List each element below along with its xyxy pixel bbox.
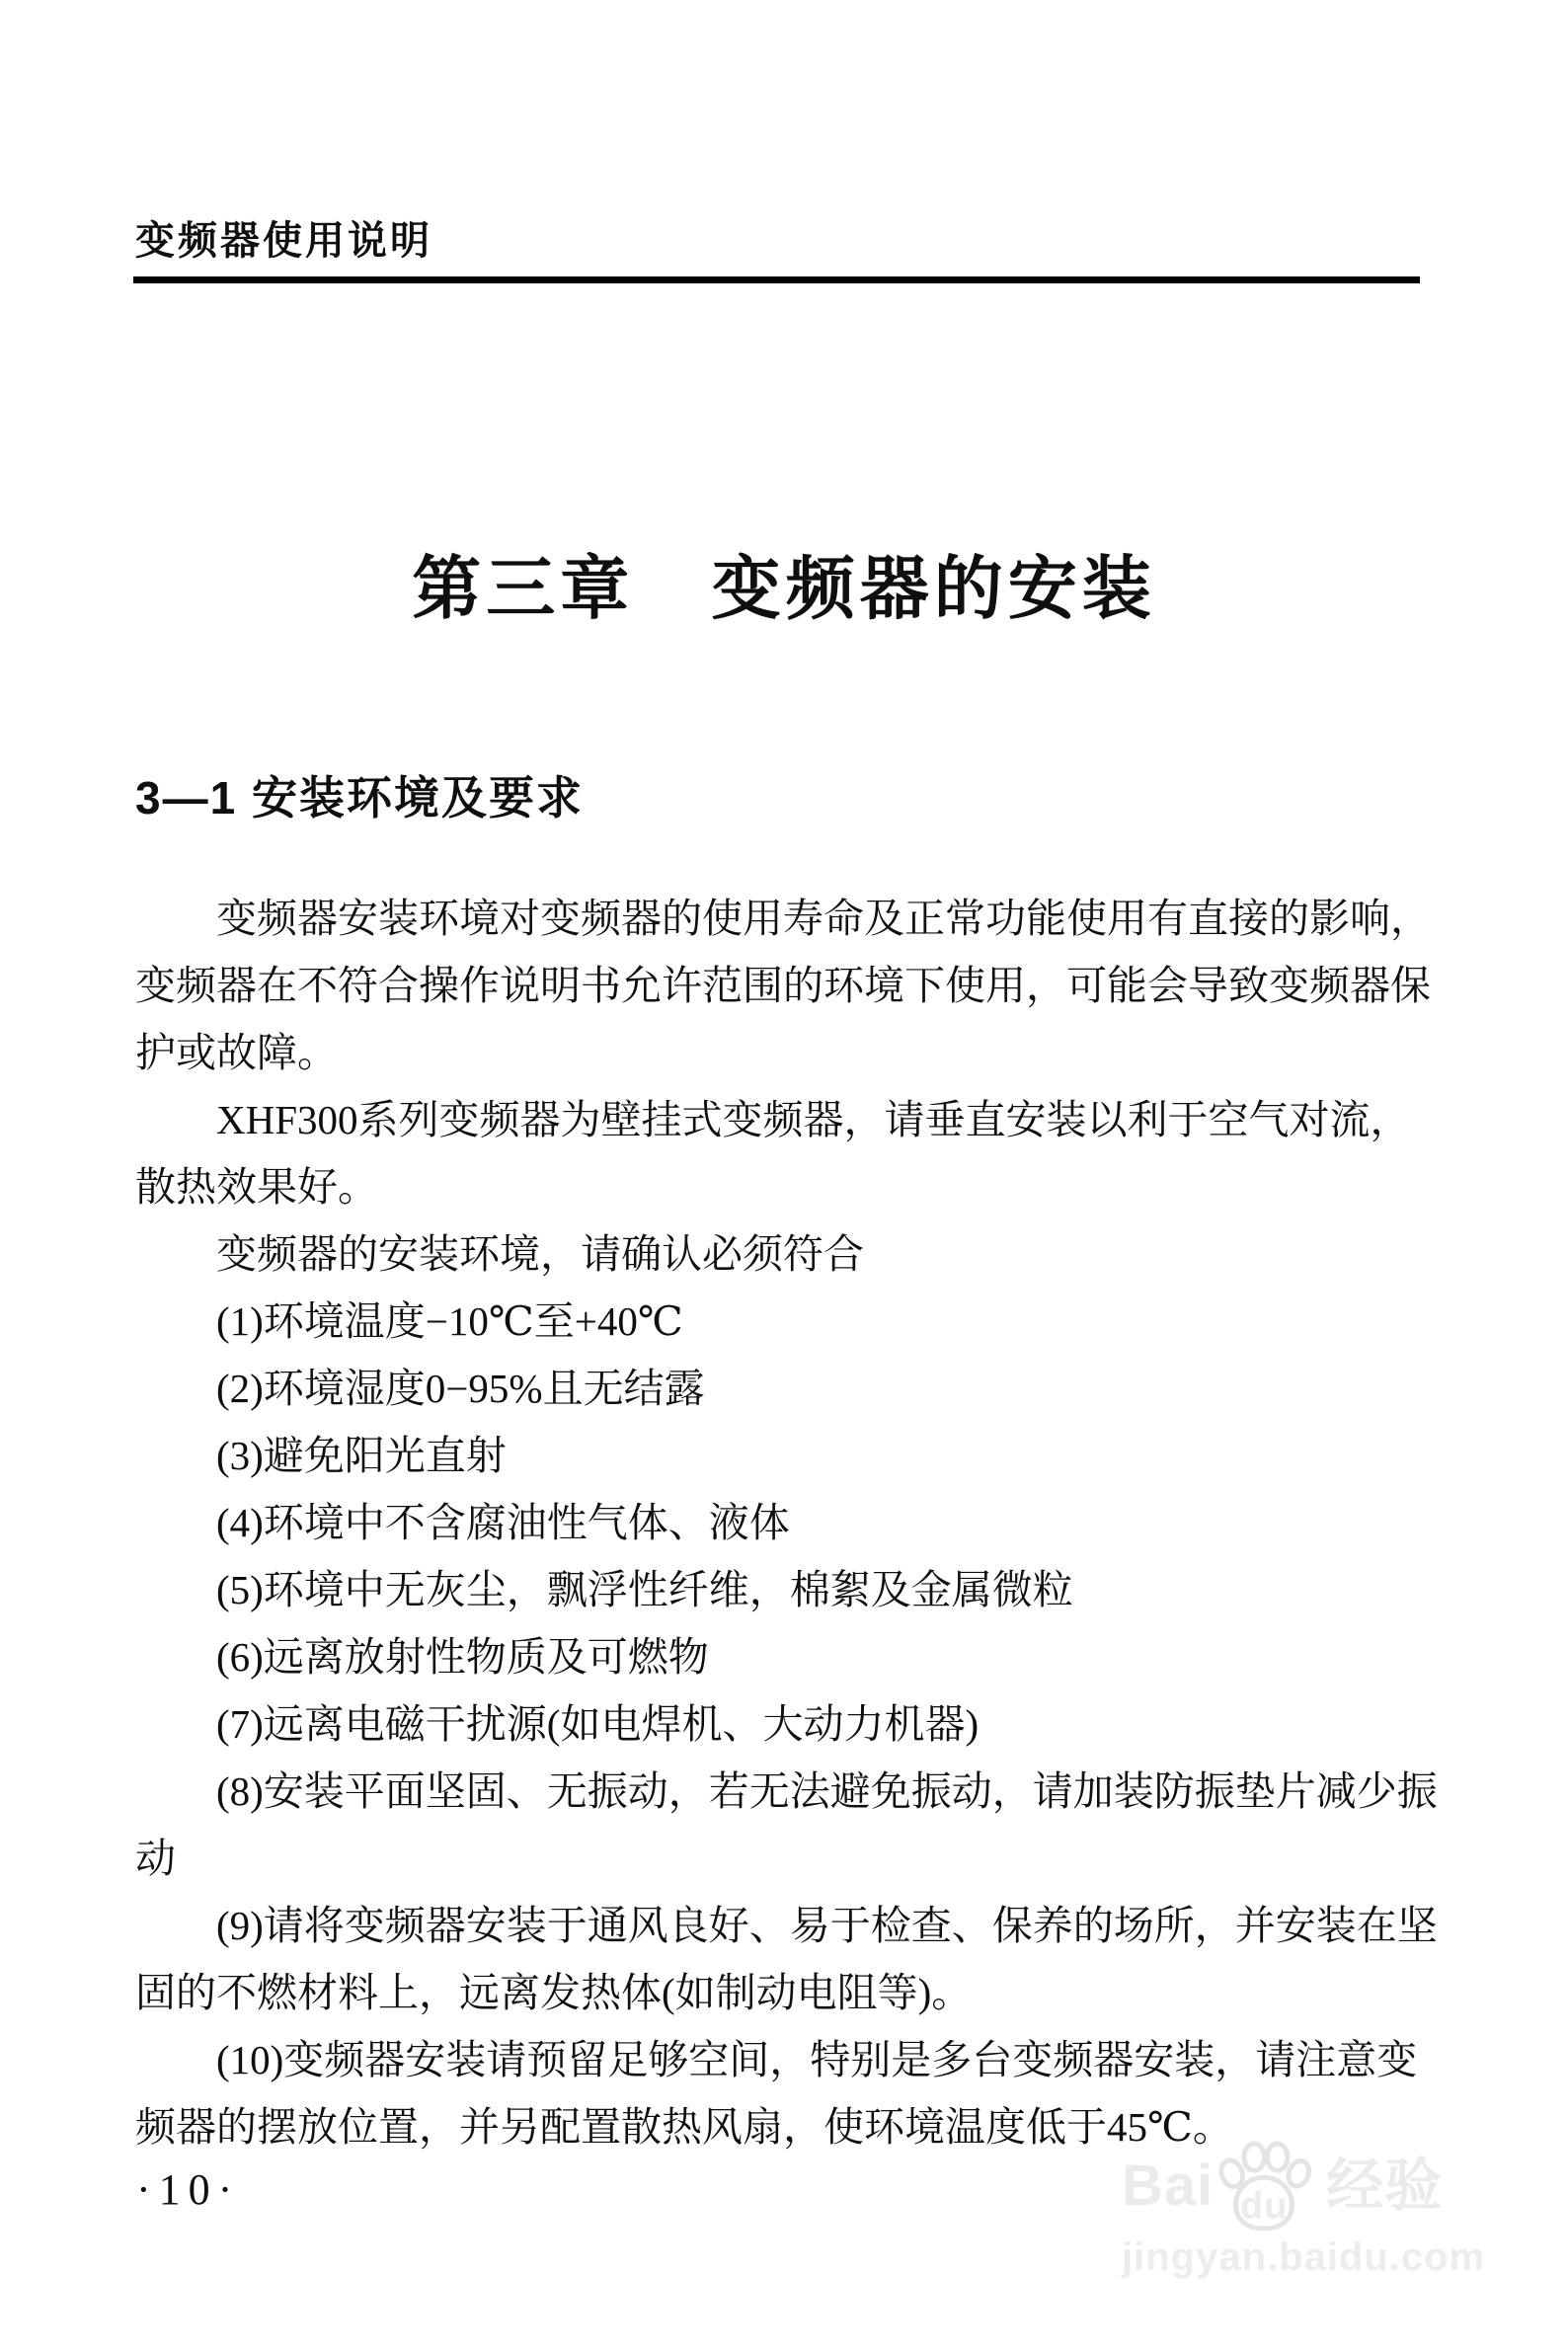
baidu-paw-icon: du	[1215, 2141, 1312, 2232]
chapter-name: 变频器的安装	[712, 552, 1156, 628]
list-item-7: (7)远离电磁干扰源(如电焊机、大动力机器)	[135, 1690, 1449, 1758]
running-header-title: 变频器使用说明	[135, 209, 432, 266]
chapter-number: 第三章	[412, 552, 634, 628]
body-line: 护或故障。	[135, 1019, 1449, 1086]
list-item-4: (4)环境中不含腐油性气体、液体	[135, 1489, 1449, 1556]
list-item-1: (1)环境温度−10℃至+40℃	[135, 1288, 1449, 1355]
list-item-5: (5)环境中无灰尘，飘浮性纤维，棉絮及金属微粒	[135, 1556, 1449, 1623]
list-item-3: (3)避免阳光直射	[135, 1422, 1449, 1489]
body-line: XHF300系列变频器为壁挂式变频器，请垂直安装以利于空气对流，	[135, 1086, 1449, 1153]
header-rule	[133, 276, 1420, 283]
page-number: ·10·	[136, 2164, 240, 2215]
body-line: 变频器在不符合操作说明书允许范围的环境下使用，可能会导致变频器保	[135, 952, 1449, 1019]
body-text: 变频器安装环境对变频器的使用寿命及正常功能使用有直接的影响， 变频器在不符合操作…	[135, 885, 1449, 2160]
body-line: 变频器的安装环境，请确认必须符合	[135, 1220, 1449, 1288]
watermark-text-jingyan: 经验	[1326, 2155, 1443, 2218]
list-item-9-cont: 固的不燃材料上，远离发热体(如制动电阻等)。	[135, 1959, 1449, 2026]
list-item-8: (8)安装平面坚固、无振动，若无法避免振动，请加装防振垫片减少振	[135, 1758, 1449, 1825]
list-item-2: (2)环境湿度0−95%且无结露	[135, 1355, 1449, 1422]
chapter-title: 第三章 变频器的安装	[0, 533, 1568, 633]
list-item-8-cont: 动	[135, 1825, 1449, 1892]
body-line: 散热效果好。	[135, 1153, 1449, 1220]
body-line: 变频器安装环境对变频器的使用寿命及正常功能使用有直接的影响，	[135, 885, 1449, 952]
manual-page: 变频器使用说明 第三章 变频器的安装 3—1 安装环境及要求 变频器安装环境对变…	[0, 0, 1568, 2352]
list-item-9: (9)请将变频器安装于通风良好、易于检查、保养的场所，并安装在坚	[135, 1892, 1449, 1959]
section-heading: 3—1 安装环境及要求	[135, 762, 584, 827]
watermark-logo: Bai du 经验	[1122, 2141, 1546, 2232]
watermark-text-du: du	[1240, 2175, 1288, 2238]
baidu-watermark: Bai du 经验 jingyan.baidu.com	[1122, 2141, 1546, 2280]
list-item-10: (10)变频器安装请预留足够空间，特别是多台变频器安装，请注意变	[135, 2026, 1449, 2093]
list-item-6: (6)远离放射性物质及可燃物	[135, 1623, 1449, 1690]
watermark-url: jingyan.baidu.com	[1122, 2235, 1546, 2280]
watermark-text-bai: Bai	[1122, 2155, 1214, 2218]
